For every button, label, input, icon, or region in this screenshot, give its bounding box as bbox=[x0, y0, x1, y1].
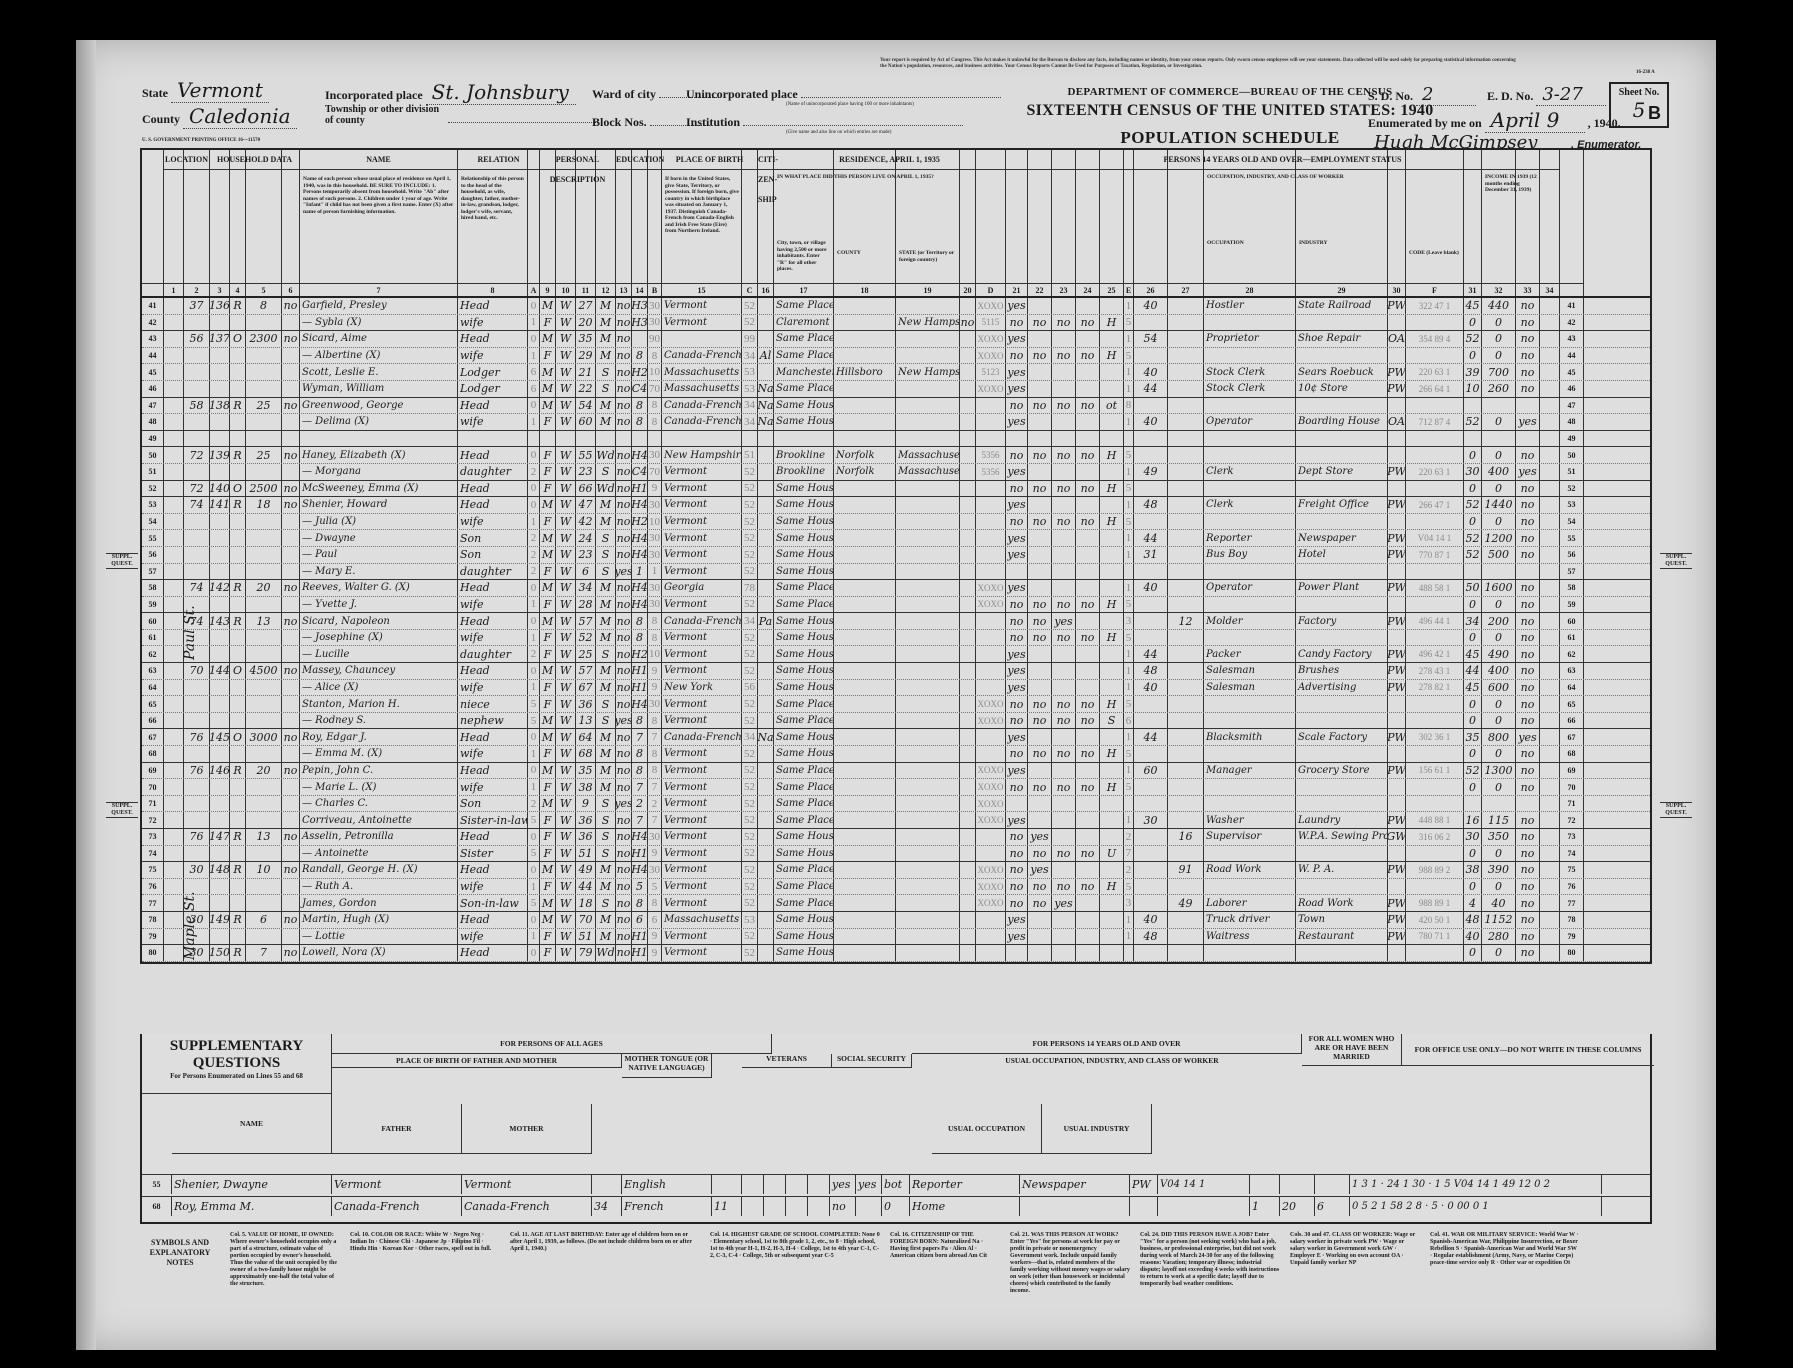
cell-house bbox=[184, 414, 210, 430]
cell-school: no bbox=[616, 945, 632, 961]
cell-res-state bbox=[896, 514, 960, 530]
cell-code-c: 52 bbox=[742, 663, 758, 679]
cell-weeks: 45 bbox=[1464, 680, 1482, 696]
table-row: 64— Alice (X)wife1FW67MnoH19New York56Sa… bbox=[142, 680, 1650, 697]
cell-code-a: 1 bbox=[528, 879, 540, 895]
cell-c21: no bbox=[1006, 447, 1028, 463]
cell-relation: Head bbox=[458, 862, 528, 878]
cell-farm bbox=[282, 713, 300, 729]
cell-house bbox=[184, 696, 210, 712]
cell-industry bbox=[1296, 431, 1388, 447]
cell-line: 70 bbox=[1560, 779, 1584, 795]
supp-cell-c43 bbox=[856, 1197, 882, 1216]
cell-relation: wife bbox=[458, 315, 528, 331]
cell-code-f: 448 88 1 bbox=[1406, 812, 1464, 828]
cell-marital: M bbox=[596, 315, 616, 331]
cell-code-f: 316 06 2 bbox=[1406, 829, 1464, 845]
cell-race: W bbox=[556, 530, 576, 546]
cell-occupation: Operator bbox=[1204, 414, 1296, 430]
cell-code-c: 52 bbox=[742, 895, 758, 911]
cell-code-e: 5 bbox=[1124, 879, 1134, 895]
cell-marital: S bbox=[596, 564, 616, 580]
cell-weeks: 50 bbox=[1464, 580, 1482, 596]
cell-race: W bbox=[556, 414, 576, 430]
cell-farm: no bbox=[282, 298, 300, 314]
cell-sex: M bbox=[540, 763, 556, 779]
cell-value bbox=[246, 348, 282, 364]
cell-farm35 bbox=[960, 729, 976, 745]
cell-class bbox=[1388, 564, 1406, 580]
column-number: 27 bbox=[1168, 283, 1203, 296]
cell-code-a: 0 bbox=[528, 580, 540, 596]
cell-code-a: 0 bbox=[528, 862, 540, 878]
cell-industry: Advertising bbox=[1296, 680, 1388, 696]
cell-age: 79 bbox=[576, 945, 596, 961]
cell-street bbox=[164, 530, 184, 546]
supp-cell-tongue: French bbox=[622, 1197, 712, 1216]
cell-res-city: Same Place bbox=[774, 779, 834, 795]
cell-own bbox=[230, 812, 246, 828]
cell-weeks: 0 bbox=[1464, 879, 1482, 895]
cell-c23 bbox=[1052, 680, 1076, 696]
cell-street bbox=[164, 829, 184, 845]
cell-code-e: 8 bbox=[1124, 398, 1134, 414]
cell-code-a: 1 bbox=[528, 779, 540, 795]
cell-c23 bbox=[1052, 414, 1076, 430]
cell-c25: H bbox=[1100, 447, 1124, 463]
cell-weeks-unemp: 91 bbox=[1168, 862, 1204, 878]
cell-res-state: Massachusetts bbox=[896, 464, 960, 480]
cell-hh: 149 bbox=[210, 912, 230, 928]
schedule-rows: 4137136R8noGarfield, PresleyHead0MW27Mno… bbox=[142, 298, 1650, 962]
supp-cell-usual-occ: Reporter bbox=[910, 1175, 1020, 1194]
cell-value bbox=[246, 431, 282, 447]
cell-cit bbox=[758, 912, 774, 928]
cell-line: 62 bbox=[1560, 646, 1584, 662]
cell-own bbox=[230, 680, 246, 696]
cell-res-county: Norfolk bbox=[834, 447, 896, 463]
table-row: 70— Marie L. (X)wife1FW38Mno77Vermont52S… bbox=[142, 779, 1650, 796]
cell-c22 bbox=[1028, 298, 1052, 314]
cell-code-b: 10 bbox=[648, 514, 662, 530]
supp-cell-father: Canada-French bbox=[332, 1197, 462, 1216]
cell-code-d bbox=[976, 414, 1006, 430]
sd-field: S. D. No. 2 E. D. No. 3-27 bbox=[1368, 84, 1606, 106]
cell-sex: M bbox=[540, 912, 556, 928]
cell-class: PW bbox=[1388, 862, 1406, 878]
cell-line: 72 bbox=[1560, 812, 1584, 828]
cell-industry bbox=[1296, 481, 1388, 497]
social-security-header: SOCIAL SECURITY bbox=[832, 1054, 912, 1068]
cell-hh: 137 bbox=[210, 331, 230, 347]
cell-cit bbox=[758, 580, 774, 596]
cell-c23 bbox=[1052, 364, 1076, 380]
cell-c25: ot bbox=[1100, 398, 1124, 414]
cell-code-f bbox=[1406, 846, 1464, 862]
cell-code-a: 5 bbox=[528, 713, 540, 729]
cell-race bbox=[556, 431, 576, 447]
cell-code-f: 420 50 1 bbox=[1406, 912, 1464, 928]
cell-name: — Mary E. bbox=[300, 564, 458, 580]
cell-industry bbox=[1296, 846, 1388, 862]
cell-c24: no bbox=[1076, 597, 1100, 613]
column-instructions: If born in the United States, give State… bbox=[665, 176, 739, 235]
cell-hours bbox=[1134, 895, 1168, 911]
cell-marital: M bbox=[596, 763, 616, 779]
cell-code-e: 5 bbox=[1124, 630, 1134, 646]
cell-c21: no bbox=[1006, 879, 1028, 895]
persons-14-header: FOR PERSONS 14 YEARS OLD AND OVER bbox=[912, 1034, 1302, 1054]
column-number: 34 bbox=[1540, 283, 1559, 296]
cell-code-c: 52 bbox=[742, 547, 758, 563]
cell-c24: no bbox=[1076, 713, 1100, 729]
cell-code-a: 1 bbox=[528, 597, 540, 613]
cell-other-income: no bbox=[1516, 331, 1540, 347]
cell-farm35 bbox=[960, 414, 976, 430]
cell-age: 51 bbox=[576, 929, 596, 945]
incorporated-place-value: St. Johnsbury bbox=[426, 80, 576, 105]
cell-c23: no bbox=[1052, 713, 1076, 729]
cell-occupation: Waitress bbox=[1204, 929, 1296, 945]
cell-line: 55 bbox=[142, 530, 164, 546]
cell-occupation bbox=[1204, 779, 1296, 795]
cell-c24 bbox=[1076, 663, 1100, 679]
cell-code-c: 52 bbox=[742, 481, 758, 497]
cell-own: R bbox=[230, 447, 246, 463]
cell-industry bbox=[1296, 348, 1388, 364]
cell-street bbox=[164, 862, 184, 878]
cell-grade: 8 bbox=[632, 348, 648, 364]
column-number bbox=[142, 283, 163, 296]
table-row: 62— Lucilledaughter2FW25SnoH210Vermont52… bbox=[142, 646, 1650, 663]
cell-farm-sched bbox=[1540, 746, 1560, 762]
cell-occupation bbox=[1204, 514, 1296, 530]
cell-sex: F bbox=[540, 829, 556, 845]
cell-house bbox=[184, 348, 210, 364]
cell-c24 bbox=[1076, 812, 1100, 828]
cell-hh: 147 bbox=[210, 829, 230, 845]
cell-occupation: Clerk bbox=[1204, 497, 1296, 513]
cell-school: yes bbox=[616, 564, 632, 580]
cell-house bbox=[184, 530, 210, 546]
supp-cell-line: 68 bbox=[142, 1197, 172, 1216]
cell-c24 bbox=[1076, 912, 1100, 928]
cell-birthplace: Vermont bbox=[662, 663, 742, 679]
cell-code-a: 0 bbox=[528, 398, 540, 414]
cell-school: no bbox=[616, 414, 632, 430]
cell-c21: no bbox=[1006, 713, 1028, 729]
cell-weeks-unemp bbox=[1168, 763, 1204, 779]
cell-weeks-unemp: 12 bbox=[1168, 613, 1204, 629]
cell-class bbox=[1388, 315, 1406, 331]
cell-grade: 5 bbox=[632, 879, 648, 895]
cell-weeks: 44 bbox=[1464, 663, 1482, 679]
cell-farm35 bbox=[960, 929, 976, 945]
cell-name: — Paul bbox=[300, 547, 458, 563]
cell-sex: F bbox=[540, 646, 556, 662]
cell-marital: M bbox=[596, 497, 616, 513]
cell-farm-sched bbox=[1540, 464, 1560, 480]
cell-race: W bbox=[556, 746, 576, 762]
cell-res-state bbox=[896, 497, 960, 513]
cell-other-income: no bbox=[1516, 945, 1540, 961]
cell-c23 bbox=[1052, 829, 1076, 845]
cell-code-a: 6 bbox=[528, 381, 540, 397]
cell-relation: Son bbox=[458, 796, 528, 812]
cell-res-county bbox=[834, 613, 896, 629]
cell-birthplace: Vermont bbox=[662, 763, 742, 779]
cell-hours bbox=[1134, 597, 1168, 613]
cell-line: 68 bbox=[142, 746, 164, 762]
cell-line: 51 bbox=[1560, 464, 1584, 480]
supp-usual-industry-header: USUAL INDUSTRY bbox=[1042, 1104, 1152, 1154]
cell-code-b: 9 bbox=[648, 929, 662, 945]
column-number: 3 bbox=[210, 283, 229, 296]
township-label: Township or other division of county bbox=[325, 104, 445, 126]
cell-street bbox=[164, 796, 184, 812]
cell-industry: Shoe Repair bbox=[1296, 331, 1388, 347]
cell-c22: yes bbox=[1028, 829, 1052, 845]
column-instructions: City, town, or village having 2,500 or m… bbox=[777, 240, 831, 273]
cell-farm: no bbox=[282, 912, 300, 928]
cell-weeks-unemp bbox=[1168, 331, 1204, 347]
cell-weeks-unemp bbox=[1168, 447, 1204, 463]
cell-own bbox=[230, 746, 246, 762]
column-header-20: 17 bbox=[774, 150, 834, 296]
cell-birthplace: Vermont bbox=[662, 862, 742, 878]
cell-school: no bbox=[616, 846, 632, 862]
cell-line: 59 bbox=[142, 597, 164, 613]
cell-c25 bbox=[1100, 497, 1124, 513]
cell-marital: S bbox=[596, 812, 616, 828]
cell-c23: no bbox=[1052, 630, 1076, 646]
cell-line: 46 bbox=[142, 381, 164, 397]
cell-hours bbox=[1134, 829, 1168, 845]
cell-code-f: 278 43 1 bbox=[1406, 663, 1464, 679]
suppl-quest-tab-right-55: SUPPL. QUEST. bbox=[1660, 553, 1692, 569]
cell-weeks bbox=[1464, 431, 1482, 447]
cell-weeks-unemp bbox=[1168, 945, 1204, 961]
cell-c21: yes bbox=[1006, 663, 1028, 679]
cell-line: 53 bbox=[1560, 497, 1584, 513]
cell-c22 bbox=[1028, 364, 1052, 380]
cell-res-state bbox=[896, 348, 960, 364]
supp-cell-usual-class: PW bbox=[1130, 1175, 1158, 1194]
cell-c22: no bbox=[1028, 315, 1052, 331]
column-number: 26 bbox=[1134, 283, 1167, 296]
cell-value: 25 bbox=[246, 447, 282, 463]
column-number: 8 bbox=[458, 283, 527, 296]
cell-relation: niece bbox=[458, 696, 528, 712]
cell-class: PW bbox=[1388, 680, 1406, 696]
cell-industry: Power Plant bbox=[1296, 580, 1388, 596]
cell-race: W bbox=[556, 580, 576, 596]
cell-value bbox=[246, 514, 282, 530]
cell-class bbox=[1388, 879, 1406, 895]
cell-code-e bbox=[1124, 431, 1134, 447]
explanatory-notes: SYMBOLS AND EXPLANATORY NOTES Col. 5. VA… bbox=[140, 1232, 1652, 1312]
cell-class bbox=[1388, 945, 1406, 961]
cell-c25 bbox=[1100, 381, 1124, 397]
cell-code-c: 52 bbox=[742, 746, 758, 762]
cell-street bbox=[164, 348, 184, 364]
cell-res-state bbox=[896, 298, 960, 314]
cell-res-city: Same Place bbox=[774, 597, 834, 613]
cell-class bbox=[1388, 696, 1406, 712]
cell-house: 37 bbox=[184, 298, 210, 314]
cell-code-a: 2 bbox=[528, 796, 540, 812]
cell-c22: no bbox=[1028, 846, 1052, 862]
cell-grade: H4 bbox=[632, 497, 648, 513]
cell-street bbox=[164, 398, 184, 414]
cell-farm-sched bbox=[1540, 364, 1560, 380]
cell-other-income: no bbox=[1516, 348, 1540, 364]
cell-c21: yes bbox=[1006, 414, 1028, 430]
cell-c21: yes bbox=[1006, 298, 1028, 314]
cell-age: 54 bbox=[576, 398, 596, 414]
supp-cell-c48 bbox=[1250, 1175, 1280, 1194]
cell-weeks-unemp bbox=[1168, 364, 1204, 380]
cell-birthplace: Vermont bbox=[662, 796, 742, 812]
cell-code-e bbox=[1124, 945, 1134, 961]
cell-race: W bbox=[556, 663, 576, 679]
cell-res-state bbox=[896, 613, 960, 629]
cell-weeks: 34 bbox=[1464, 613, 1482, 629]
cell-school: no bbox=[616, 862, 632, 878]
cell-cit: Pa bbox=[758, 613, 774, 629]
cell-code-d: XOXO bbox=[976, 862, 1006, 878]
cell-line: 56 bbox=[1560, 547, 1584, 563]
cell-wages: 1152 bbox=[1482, 912, 1516, 928]
cell-res-city: Brookline bbox=[774, 464, 834, 480]
cell-weeks: 0 bbox=[1464, 846, 1482, 862]
cell-c22 bbox=[1028, 381, 1052, 397]
cell-grade: 8 bbox=[632, 713, 648, 729]
supp-cell-office: 1 3 1 · 24 1 30 · 1 5 V04 14 1 49 12 0 2 bbox=[1350, 1175, 1602, 1194]
cell-sex: M bbox=[540, 580, 556, 596]
cell-weeks-unemp bbox=[1168, 912, 1204, 928]
cell-birthplace: Vermont bbox=[662, 564, 742, 580]
cell-c23: no bbox=[1052, 597, 1076, 613]
cell-res-county bbox=[834, 912, 896, 928]
cell-weeks-unemp bbox=[1168, 846, 1204, 862]
cell-hours: 31 bbox=[1134, 547, 1168, 563]
cell-grade: C4 bbox=[632, 381, 648, 397]
column-number: 32 bbox=[1482, 283, 1515, 296]
cell-hours bbox=[1134, 713, 1168, 729]
cell-code-e: 1 bbox=[1124, 812, 1134, 828]
cell-weeks bbox=[1464, 796, 1482, 812]
cell-farm35 bbox=[960, 912, 976, 928]
cell-own: R bbox=[230, 580, 246, 596]
cell-own bbox=[230, 564, 246, 580]
cell-weeks: 0 bbox=[1464, 447, 1482, 463]
cell-hh bbox=[210, 348, 230, 364]
cell-code-d: XOXO bbox=[976, 298, 1006, 314]
cell-industry: Restaurant bbox=[1296, 929, 1388, 945]
cell-line: 72 bbox=[142, 812, 164, 828]
cell-res-state bbox=[896, 564, 960, 580]
cell-farm-sched bbox=[1540, 680, 1560, 696]
cell-hh: 148 bbox=[210, 862, 230, 878]
cell-name bbox=[300, 431, 458, 447]
cell-code-f: 780 71 1 bbox=[1406, 929, 1464, 945]
cell-name: Roy, Edgar J. bbox=[300, 729, 458, 745]
cell-class: OA bbox=[1388, 414, 1406, 430]
cell-farm: no bbox=[282, 729, 300, 745]
cell-relation: daughter bbox=[458, 464, 528, 480]
cell-grade: H1 bbox=[632, 663, 648, 679]
cell-res-city: Manchester bbox=[774, 364, 834, 380]
cell-farm-sched bbox=[1540, 530, 1560, 546]
cell-age: 6 bbox=[576, 564, 596, 580]
cell-res-city: Same House bbox=[774, 564, 834, 580]
cell-class: PW bbox=[1388, 613, 1406, 629]
cell-wages: 280 bbox=[1482, 929, 1516, 945]
cell-code-c: 34 bbox=[742, 398, 758, 414]
cell-c22 bbox=[1028, 464, 1052, 480]
note-col10: Col. 10. COLOR OR RACE: White W · Negro … bbox=[350, 1232, 500, 1253]
sheet-number: 5 bbox=[1633, 98, 1646, 122]
cell-res-state: New Hampshire bbox=[896, 364, 960, 380]
table-row: 44— Albertine (X)wife1FW29Mno88Canada-Fr… bbox=[142, 348, 1650, 365]
cell-res-city: Same House bbox=[774, 481, 834, 497]
cell-hours bbox=[1134, 514, 1168, 530]
cell-class: PW bbox=[1388, 464, 1406, 480]
cell-code-a: 1 bbox=[528, 746, 540, 762]
cell-c21: no bbox=[1006, 481, 1028, 497]
cell-line: 54 bbox=[1560, 514, 1584, 530]
cell-code-f bbox=[1406, 696, 1464, 712]
cell-weeks: 0 bbox=[1464, 779, 1482, 795]
column-number: 22 bbox=[1028, 283, 1051, 296]
cell-marital: S bbox=[596, 381, 616, 397]
cell-res-city: Same House bbox=[774, 646, 834, 662]
cell-code-d: XOXO bbox=[976, 812, 1006, 828]
cell-value bbox=[246, 381, 282, 397]
cell-c23 bbox=[1052, 929, 1076, 945]
supp-cell-c43: yes bbox=[856, 1175, 882, 1194]
cell-marital: S bbox=[596, 895, 616, 911]
cell-res-county bbox=[834, 414, 896, 430]
supp-cell-c49 bbox=[1280, 1175, 1315, 1194]
cell-class: OA bbox=[1388, 331, 1406, 347]
cell-other-income: no bbox=[1516, 298, 1540, 314]
cell-code-c: 53 bbox=[742, 364, 758, 380]
cell-c25: H bbox=[1100, 746, 1124, 762]
cell-hh bbox=[210, 431, 230, 447]
cell-wages: 0 bbox=[1482, 779, 1516, 795]
cell-cit bbox=[758, 497, 774, 513]
cell-c24 bbox=[1076, 829, 1100, 845]
cell-res-county bbox=[834, 530, 896, 546]
cell-farm-sched bbox=[1540, 630, 1560, 646]
cell-cit bbox=[758, 364, 774, 380]
cell-name: — Marie L. (X) bbox=[300, 779, 458, 795]
cell-school: no bbox=[616, 646, 632, 662]
cell-grade: H4 bbox=[632, 696, 648, 712]
cell-grade: H3 bbox=[632, 298, 648, 314]
cell-c21: yes bbox=[1006, 729, 1028, 745]
cell-relation: wife bbox=[458, 779, 528, 795]
cell-farm bbox=[282, 779, 300, 795]
cell-hh bbox=[210, 929, 230, 945]
cell-res-city: Same Place bbox=[774, 348, 834, 364]
column-header-16: B bbox=[648, 150, 662, 296]
cell-age: 36 bbox=[576, 696, 596, 712]
cell-age: 9 bbox=[576, 796, 596, 812]
cell-farm35 bbox=[960, 431, 976, 447]
